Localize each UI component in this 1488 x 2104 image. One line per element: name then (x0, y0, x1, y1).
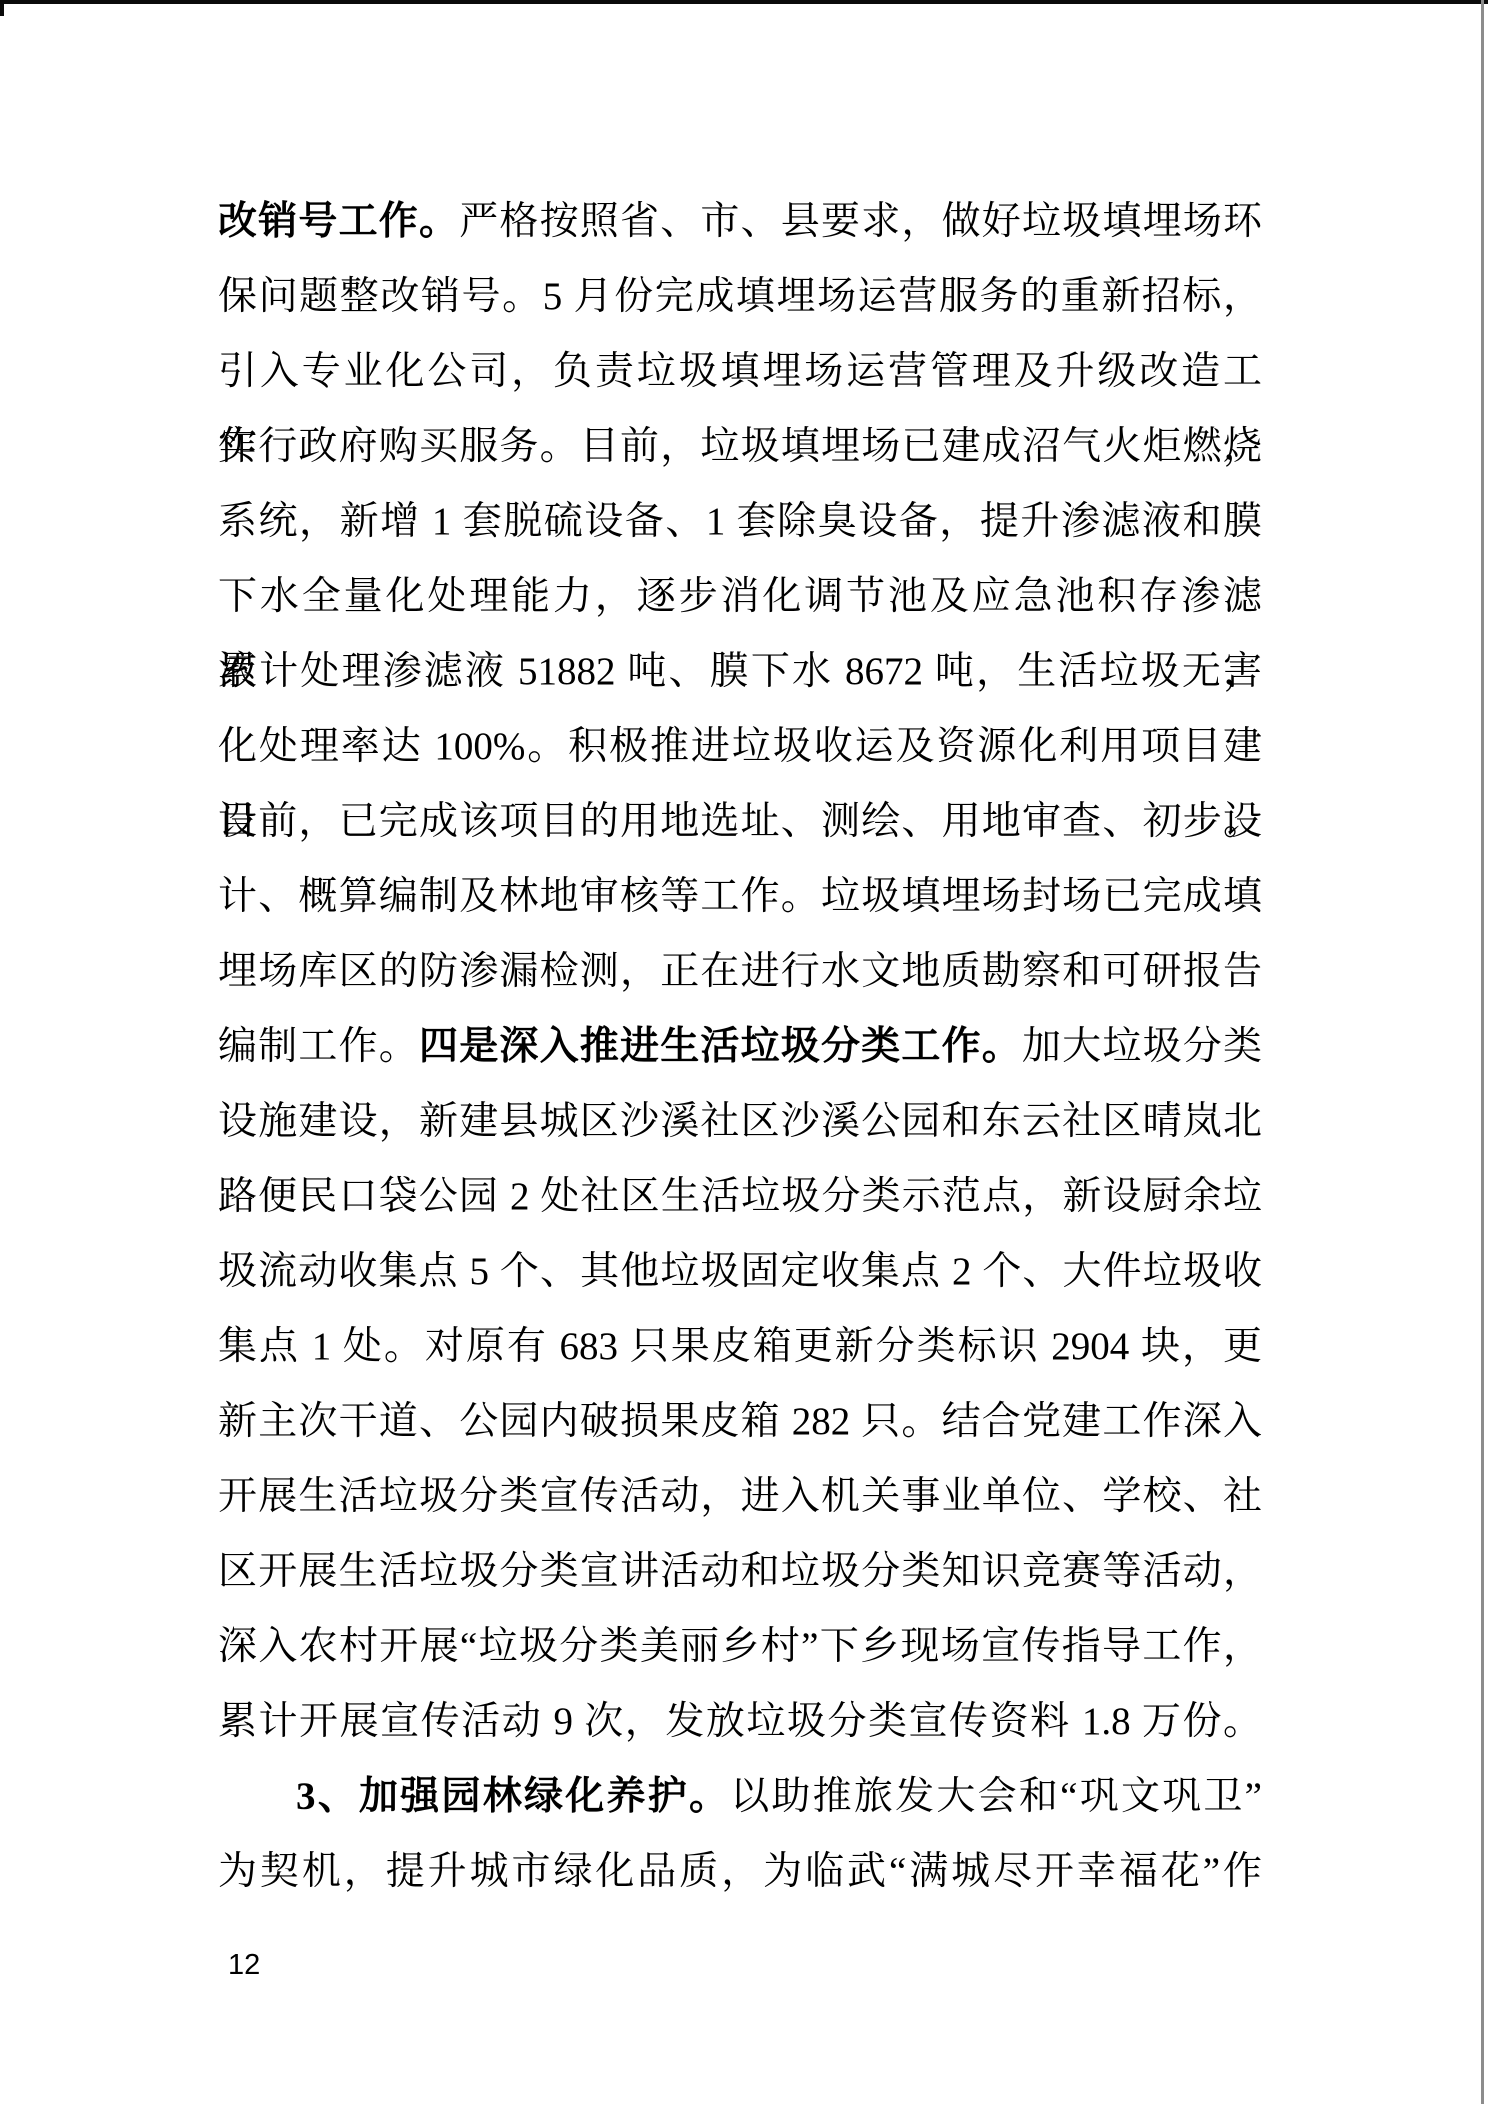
text-run: 开展生活垃圾分类宣传活动，进入机关事业单位、学校、社 (218, 1475, 1262, 1518)
bold-run: 四是深入推进生活垃圾分类工作。 (419, 1025, 1022, 1068)
text-run: 设施建设，新建县城区沙溪社区沙溪公园和东云社区晴岚北 (218, 1100, 1262, 1143)
text-block: 改销号工作。严格按照省、市、县要求，做好垃圾填埋场环 保问题整改销号。5 月份完… (218, 184, 1262, 1909)
text-line: 圾流动收集点 5 个、其他垃圾固定收集点 2 个、大件垃圾收 (218, 1234, 1262, 1309)
text-line: 开展生活垃圾分类宣传活动，进入机关事业单位、学校、社 (218, 1459, 1262, 1534)
scan-edge-left (0, 0, 4, 16)
text-run: 编制工作。 (218, 1025, 419, 1068)
text-run: 路便民口袋公园 2 处社区生活垃圾分类示范点，新设厨余垃 (218, 1175, 1262, 1218)
text-line: 累计处理渗滤液 51882 吨、膜下水 8672 吨，生活垃圾无害 (218, 634, 1262, 709)
text-line: 新主次干道、公园内破损果皮箱 282 只。结合党建工作深入 (218, 1384, 1262, 1459)
text-run: 埋场库区的防渗漏检测，正在进行水文地质勘察和可研报告 (218, 950, 1262, 993)
text-line: 区开展生活垃圾分类宣讲活动和垃圾分类知识竞赛等活动， (218, 1534, 1262, 1609)
text-line: 保问题整改销号。5 月份完成填埋场运营服务的重新招标， (218, 259, 1262, 334)
text-line: 实行政府购买服务。目前，垃圾填埋场已建成沼气火炬燃烧 (218, 409, 1262, 484)
text-line: 系统，新增 1 套脱硫设备、1 套除臭设备，提升渗滤液和膜 (218, 484, 1262, 559)
bold-run: 3、加强园林绿化养护。 (296, 1775, 730, 1818)
text-line: 改销号工作。严格按照省、市、县要求，做好垃圾填埋场环 (218, 184, 1262, 259)
text-run: 为契机，提升城市绿化品质，为临武“满城尽开幸福花”作 (218, 1850, 1262, 1893)
bold-run: 改销号工作。 (218, 200, 459, 243)
text-run: 计、概算编制及林地审核等工作。垃圾填埋场封场已完成填 (218, 875, 1262, 918)
text-line: 为契机，提升城市绿化品质，为临武“满城尽开幸福花”作 (218, 1834, 1262, 1909)
text-run: 系统，新增 1 套脱硫设备、1 套除臭设备，提升渗滤液和膜 (218, 500, 1262, 543)
document-page: 改销号工作。严格按照省、市、县要求，做好垃圾填埋场环 保问题整改销号。5 月份完… (0, 0, 1488, 2104)
text-run: 以助推旅发大会和“巩文巩卫” (730, 1775, 1262, 1818)
text-run: 圾流动收集点 5 个、其他垃圾固定收集点 2 个、大件垃圾收 (218, 1250, 1262, 1293)
text-line-paragraph-start: 3、加强园林绿化养护。以助推旅发大会和“巩文巩卫” (218, 1759, 1262, 1834)
text-run: 集点 1 处。对原有 683 只果皮箱更新分类标识 2904 块，更 (218, 1325, 1262, 1368)
scan-edge-top (0, 0, 1488, 4)
text-line: 路便民口袋公园 2 处社区生活垃圾分类示范点，新设厨余垃 (218, 1159, 1262, 1234)
text-line: 引入专业化公司，负责垃圾填埋场运营管理及升级改造工作， (218, 334, 1262, 409)
text-run: 加大垃圾分类 (1022, 1025, 1262, 1068)
text-run: 新主次干道、公园内破损果皮箱 282 只。结合党建工作深入 (218, 1400, 1262, 1443)
text-run: 区开展生活垃圾分类宣讲活动和垃圾分类知识竞赛等活动， (218, 1550, 1262, 1593)
text-run: 深入农村开展“垃圾分类美丽乡村”下乡现场宣传指导工作， (218, 1625, 1262, 1668)
text-line: 下水全量化处理能力，逐步消化调节池及应急池积存渗滤液， (218, 559, 1262, 634)
text-run: 累计处理渗滤液 51882 吨、膜下水 8672 吨，生活垃圾无害 (218, 650, 1262, 693)
text-line: 计、概算编制及林地审核等工作。垃圾填埋场封场已完成填 (218, 859, 1262, 934)
text-line: 埋场库区的防渗漏检测，正在进行水文地质勘察和可研报告 (218, 934, 1262, 1009)
text-line: 累计开展宣传活动 9 次，发放垃圾分类宣传资料 1.8 万份。 (218, 1684, 1262, 1759)
text-run: 严格按照省、市、县要求，做好垃圾填埋场环 (459, 200, 1262, 243)
text-line: 目前，已完成该项目的用地选址、测绘、用地审查、初步设 (218, 784, 1262, 859)
page-number: 12 (228, 1948, 260, 1982)
text-line: 集点 1 处。对原有 683 只果皮箱更新分类标识 2904 块，更 (218, 1309, 1262, 1384)
text-line: 化处理率达 100%。积极推进垃圾收运及资源化利用项目建设。 (218, 709, 1262, 784)
text-line: 编制工作。四是深入推进生活垃圾分类工作。加大垃圾分类 (218, 1009, 1262, 1084)
text-run: 目前，已完成该项目的用地选址、测绘、用地审查、初步设 (218, 800, 1262, 843)
text-run: 累计开展宣传活动 9 次，发放垃圾分类宣传资料 1.8 万份。 (218, 1700, 1262, 1743)
text-line: 深入农村开展“垃圾分类美丽乡村”下乡现场宣传指导工作， (218, 1609, 1262, 1684)
text-run: 保问题整改销号。5 月份完成填埋场运营服务的重新招标， (218, 275, 1262, 318)
scan-edge-right (1481, 0, 1484, 2104)
text-run: 实行政府购买服务。目前，垃圾填埋场已建成沼气火炬燃烧 (218, 425, 1262, 468)
text-line: 设施建设，新建县城区沙溪社区沙溪公园和东云社区晴岚北 (218, 1084, 1262, 1159)
